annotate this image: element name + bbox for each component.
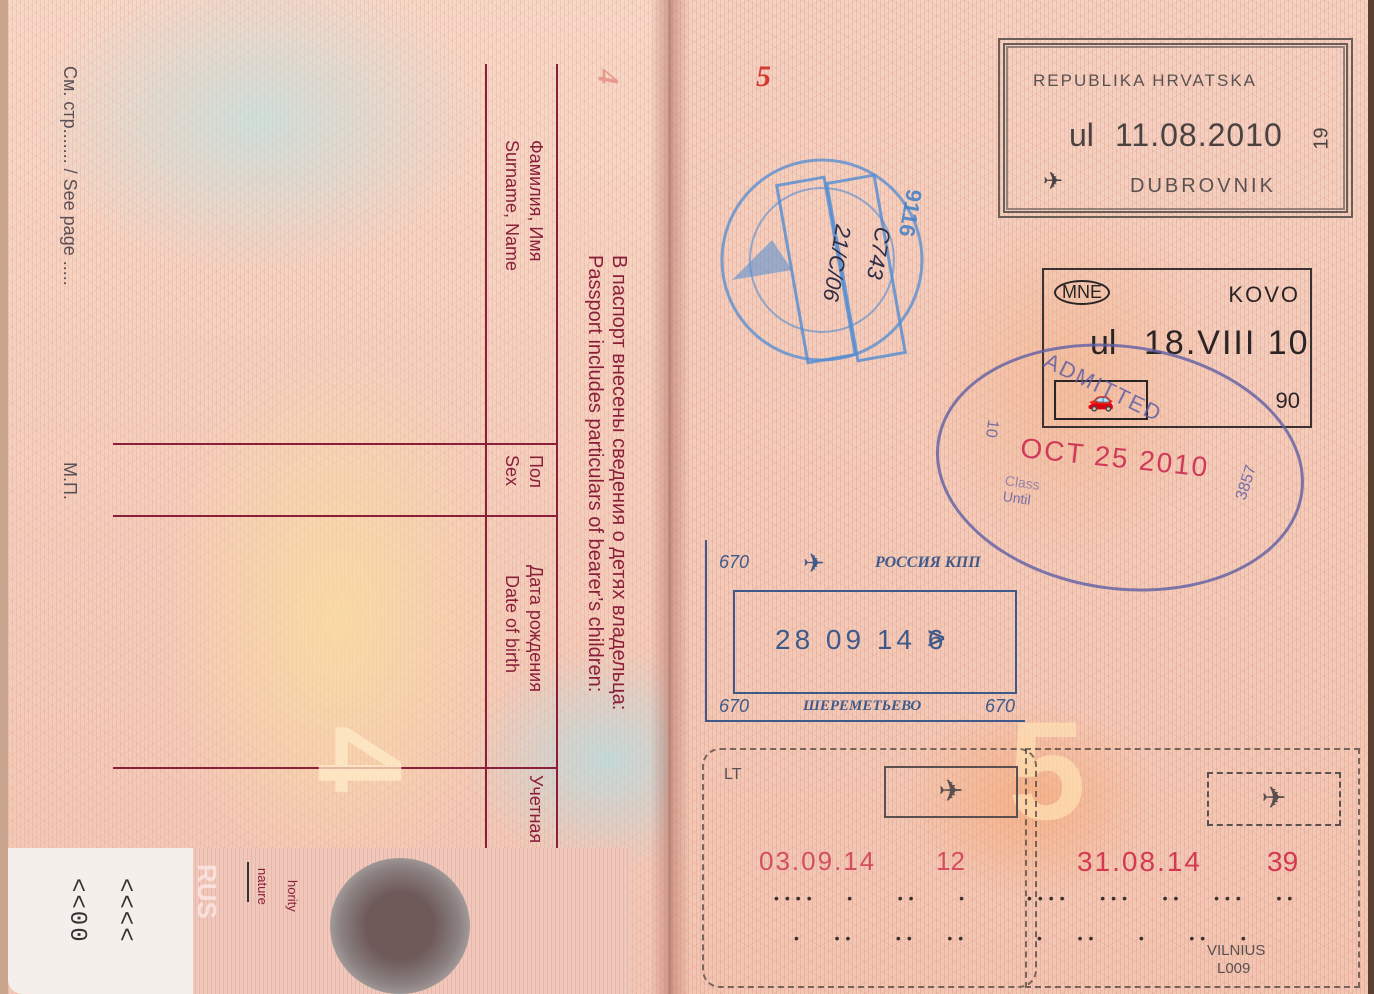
stamp-port: DUBROVNIK: [1130, 175, 1276, 198]
stamp-officer-no: 3857: [1233, 463, 1261, 502]
country-code-watermark: RUS: [191, 864, 222, 919]
stamp-officer-no: 19: [1311, 127, 1334, 149]
airplane-icon: ✈: [884, 766, 1018, 818]
col-sex-ru: Пол: [525, 455, 546, 488]
stamp-croatia: REPUBLIKA HRVATSKA ul 11.08.2010 19 ✈ DU…: [998, 38, 1353, 218]
spine: [650, 0, 690, 994]
perforation-dots: •••• • •• •: [774, 890, 970, 906]
stamp-spain: 9116 21/C/06 C743: [702, 80, 932, 370]
col-surname-en: Surname, Name: [501, 140, 522, 271]
table-border: [556, 64, 558, 864]
mrz-line-1: <<<<: [111, 878, 138, 944]
table-row-line: [113, 515, 558, 517]
stamp-header: РОССИЯ КПП: [875, 554, 981, 572]
see-page-note: См. стр....... / See page .....: [59, 66, 80, 286]
stamp-code: 670: [719, 552, 749, 573]
airplane-icon: ✈: [803, 548, 825, 579]
stamp-officer-no: 12: [936, 846, 965, 877]
mrz-strip: <<<< <<00: [8, 848, 193, 994]
watermark-number: 4: [290, 726, 428, 793]
airplane-icon: ✈: [1043, 167, 1063, 196]
table-row-line: [113, 443, 558, 445]
col-surname-ru: Фамилия, Имя: [525, 140, 546, 262]
stamp-date: 31.08.14: [1077, 846, 1202, 878]
seal-mark: М.П.: [59, 462, 80, 500]
stamp-date: 03.09.14: [759, 846, 876, 877]
perforation-dots: • •• •• ••: [794, 930, 969, 946]
col-dob-ru: Дата рождения: [525, 565, 546, 692]
stamp-port: KOVO: [1228, 282, 1300, 308]
stamp-direction: ul: [1069, 117, 1094, 154]
stamp-port: VILNIUS: [1207, 942, 1265, 959]
page-edge: [1368, 0, 1374, 994]
stamp-border-left: [705, 540, 707, 720]
stamp-lithuania-exit: LT ✈ 03.09.14 12 •••• • •• • • •• •• ••: [702, 748, 1037, 988]
signature-line: [247, 862, 249, 902]
mrz-line-2: <<00: [63, 878, 90, 944]
stamp-arrow: >: [927, 620, 946, 657]
page-number: 4: [591, 70, 625, 85]
stamp-code: 670: [719, 696, 749, 717]
stamp-country: REPUBLIKA HRVATSKA: [1033, 71, 1257, 91]
stamp-border-bottom: [705, 720, 1025, 722]
table-divider: [485, 64, 487, 864]
passport-page-4: 4 См. стр....... / See page ..... М.П. В…: [0, 0, 676, 994]
stamp-code: L009: [1217, 960, 1250, 977]
stamp-status: ADMITTED: [1040, 348, 1167, 428]
stamp-until-label: Until: [1002, 488, 1032, 508]
stamp-russia: 670 ✈ РОССИЯ КПП 28 09 14 6 > 670 ШЕРЕМЕ…: [705, 540, 1025, 725]
stamp-date: 11.08.2010: [1115, 117, 1283, 154]
stamp-code: 670: [985, 696, 1015, 717]
children-heading-en: Passport includes particulars of bearer’…: [583, 255, 606, 692]
col-dob-en: Date of birth: [501, 575, 522, 673]
col-record-ru: Учетная: [525, 775, 546, 843]
label-authority: hority: [285, 880, 300, 912]
airplane-icon: ✈: [1207, 772, 1341, 826]
stamp-left-no: 10: [981, 419, 1001, 439]
hologram-seal: [330, 858, 470, 994]
children-heading-ru: В паспорт внесены сведения о детях владе…: [607, 255, 630, 710]
perforation-dots: •••• ••• •• ••• ••: [1027, 890, 1298, 906]
col-sex-en: Sex: [501, 455, 522, 486]
stamp-country-code: LT: [724, 766, 741, 784]
stamp-officer-no: 39: [1267, 846, 1298, 878]
stamp-lithuania-entry: ✈ 31.08.14 39 •••• ••• •• ••• •• • •• • …: [1025, 748, 1360, 988]
stamp-country-code: MNE: [1054, 280, 1110, 305]
stamp-date: 28 09 14 6: [775, 624, 947, 656]
stamp-officer-no: 90: [1276, 388, 1300, 414]
stamp-port: ШЕРЕМЕТЬЕВО: [803, 698, 921, 715]
label-signature: nature: [255, 868, 270, 905]
